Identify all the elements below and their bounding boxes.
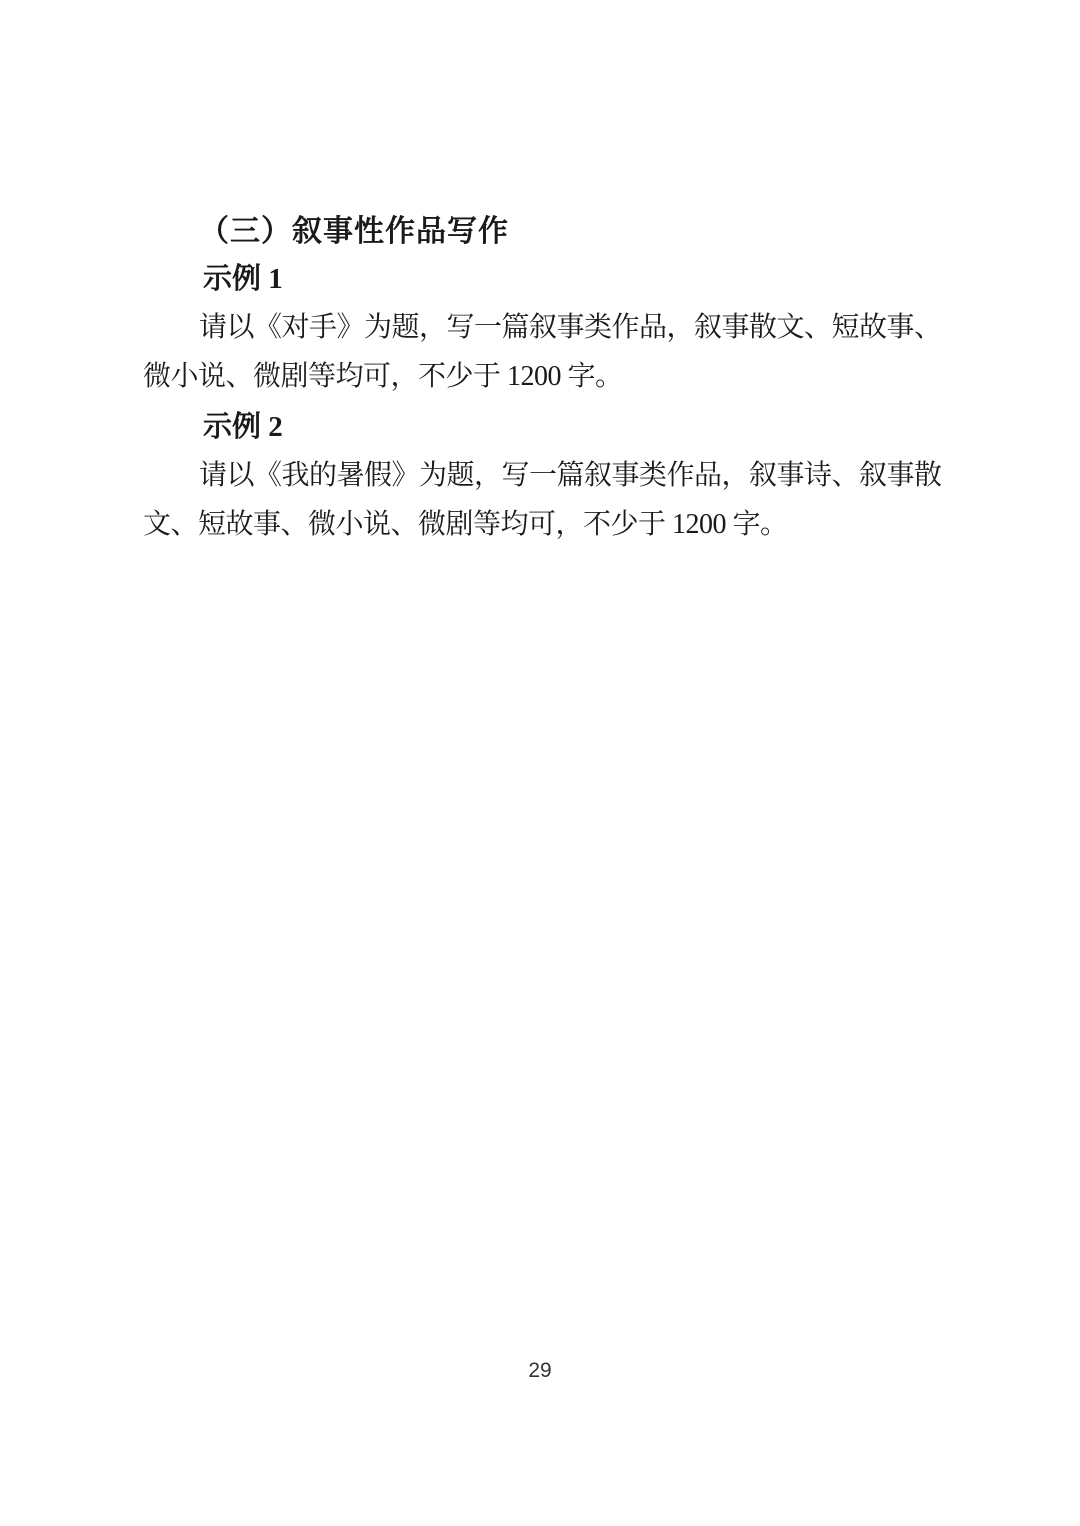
page-number: 29 [0, 1359, 1080, 1383]
example-1-label: 示例 1 [203, 256, 283, 297]
section-heading: （三）叙事性作品写作 [199, 206, 509, 250]
example-1-text-line-1: 请以《对手》为题，写一篇叙事类作品，叙事散文、短故事、 [199, 305, 942, 345]
example-1-text-line-2: 微小说、微剧等均可，不少于 1200 字。 [143, 354, 623, 394]
document-page: （三）叙事性作品写作 示例 1 请以《对手》为题，写一篇叙事类作品，叙事散文、短… [0, 0, 1080, 1526]
example-2-text-line-2: 文、短故事、微小说、微剧等均可，不少于 1200 字。 [143, 502, 788, 542]
example-2-label: 示例 2 [203, 404, 283, 445]
example-2-text-line-1: 请以《我的暑假》为题，写一篇叙事类作品，叙事诗、叙事散 [199, 453, 942, 493]
